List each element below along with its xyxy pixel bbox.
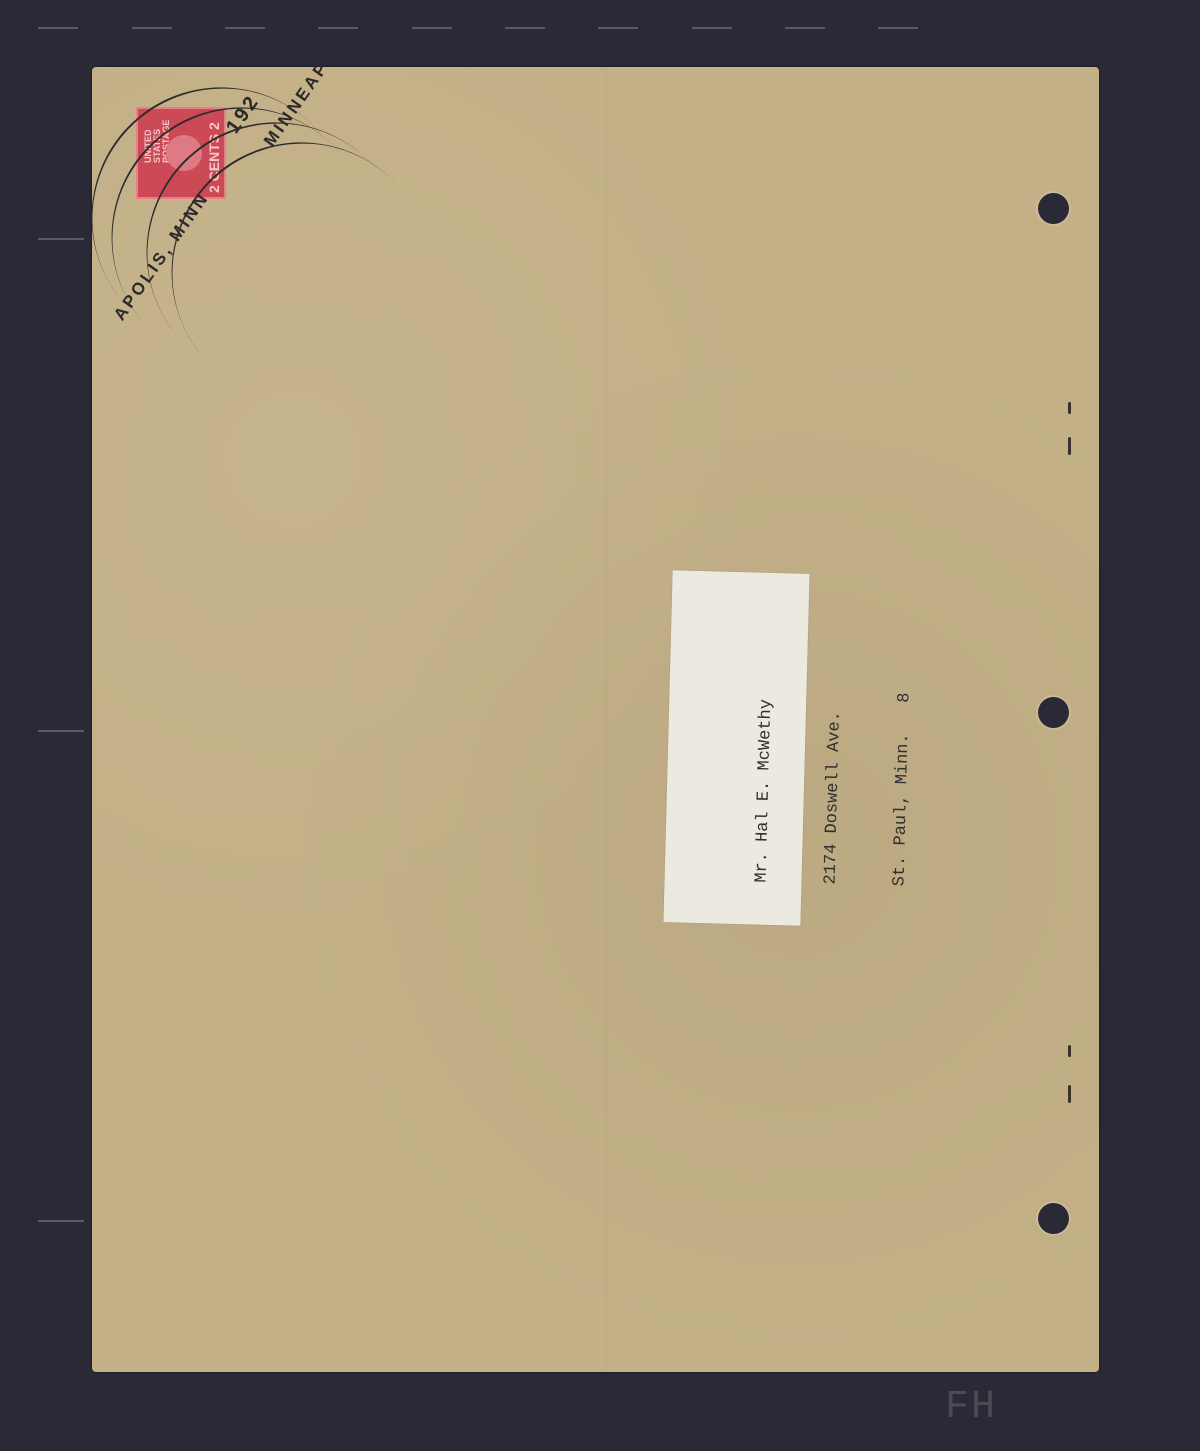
envelope: UNITED STATES POSTAGE 2 CENTS 2 APOLIS, … (92, 67, 1099, 1372)
staple-mark (1068, 1085, 1071, 1103)
side-tick (38, 1220, 84, 1222)
address-line-name: Mr. Hal E. McWethy (750, 689, 778, 883)
address-line-city: St. Paul, Minn. 8 (888, 692, 916, 886)
staple-mark (1068, 1045, 1071, 1057)
ruler-ticks (0, 27, 1200, 29)
punch-hole (1038, 1203, 1069, 1234)
address-line-street: 2174 Doswell Ave. (819, 690, 847, 884)
address-text: Mr. Hal E. McWethy 2174 Doswell Ave. St.… (705, 687, 963, 887)
fold-line (606, 67, 607, 1372)
staple-mark (1068, 437, 1071, 455)
footer-mark: FH (945, 1385, 997, 1430)
address-label: Mr. Hal E. McWethy 2174 Doswell Ave. St.… (663, 570, 809, 925)
side-tick (38, 238, 84, 240)
staple-mark (1068, 402, 1071, 414)
punch-hole (1038, 193, 1069, 224)
punch-hole (1038, 697, 1069, 728)
side-tick (38, 730, 84, 732)
